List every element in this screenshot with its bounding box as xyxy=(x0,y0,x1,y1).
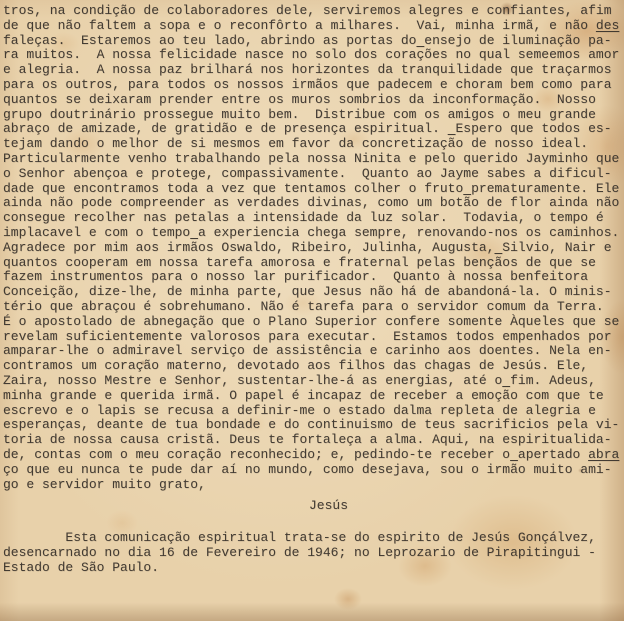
typewritten-line: minha grande e querida irmã. O papel é i… xyxy=(3,389,624,404)
typewritten-line: implacavel e com o tempo a experiencia c… xyxy=(3,226,624,241)
footer-line: Estado de São Paulo. xyxy=(3,561,624,576)
typewritten-line: de, contas com o meu coração reconhecido… xyxy=(3,448,624,463)
typewritten-line: grupo doutrinário prossegue muito bem. D… xyxy=(3,108,624,123)
typewritten-line: e alegria. A nossa paz brilhará nos hori… xyxy=(3,63,624,78)
typewritten-line: quantos cooperam em nossa tarefa amorosa… xyxy=(3,256,624,271)
typewritten-line: tério que abraçou é sobrehumano. Não é t… xyxy=(3,300,624,315)
typewritten-line: Agradece por mim aos irmãos Oswaldo, Rib… xyxy=(3,241,624,256)
typewritten-line: escrevo e o lapis se recusa a definir-me… xyxy=(3,404,624,419)
typewritten-line: contramos um coração materno, devotado a… xyxy=(3,359,624,374)
typewritten-line: esperanças, deante de tua bondade e do c… xyxy=(3,418,624,433)
typewritten-line: Zaira, nosso Mestre e Senhor, sustentar-… xyxy=(3,374,624,389)
footer-line: desencarnado no dia 16 de Fevereiro de 1… xyxy=(3,546,624,561)
footer-note: Esta comunicação espiritual trata-se do … xyxy=(3,531,624,575)
typewritten-line: go e servidor muito grato, xyxy=(3,478,624,493)
typewritten-line: consegue recolher nas petalas a intensid… xyxy=(3,211,624,226)
typewritten-line: o Senhor abençoa e protege, compassivame… xyxy=(3,167,624,182)
typewritten-line: tejam dando o melhor de si mesmos em fav… xyxy=(3,137,624,152)
typewritten-line: Conceição, dize-lhe, de minha parte, que… xyxy=(3,285,624,300)
typewritten-line: faleças. Estaremos ao teu lado, abrindo … xyxy=(3,34,624,49)
typewritten-line: abraço de amizade, de gratidão e de pres… xyxy=(3,122,624,137)
typewritten-line: tros, na condição de colaboradores dele,… xyxy=(3,4,624,19)
typewritten-line: de que não faltem a sopa e o reconfôrto … xyxy=(3,19,624,34)
typewritten-line: ra muitos. A nossa felicidade nasce no s… xyxy=(3,48,624,63)
letter-body: tros, na condição de colaboradores dele,… xyxy=(3,4,624,492)
typewritten-line: ainda não pode compreender as verdades d… xyxy=(3,196,624,211)
typewritten-line: para os outros, para todos os nossos irm… xyxy=(3,78,624,93)
typewritten-line: dade que encontramos toda a vez que tent… xyxy=(3,182,624,197)
typewritten-line: ço que eu nunca te pude dar aí no mundo,… xyxy=(3,463,624,478)
typewritten-line: Particularmente venho trabalhando pela n… xyxy=(3,152,624,167)
signature: Jesús xyxy=(3,499,624,514)
typewritten-line: fazem instrumentos para o nosso lar puri… xyxy=(3,270,624,285)
typewritten-line: toria de nossa causa cristã. Deus te for… xyxy=(3,433,624,448)
typewritten-line: revelam suficientemente valorosos para e… xyxy=(3,330,624,345)
typewritten-line: amparar-lhe o admiravel serviço de assis… xyxy=(3,344,624,359)
typewritten-line: É o apostolado de abnegação que o Plano … xyxy=(3,315,624,330)
footer-line: Esta comunicação espiritual trata-se do … xyxy=(3,531,624,546)
typewritten-line: quantos se deixaram prender entre os mur… xyxy=(3,93,624,108)
document-page: tros, na condição de colaboradores dele,… xyxy=(0,0,624,621)
